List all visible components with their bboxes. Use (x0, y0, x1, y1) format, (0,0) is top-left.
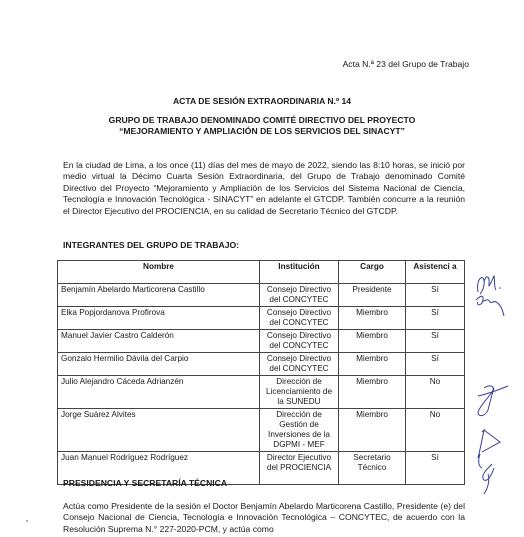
cell-nombre: Elka Popjordanova Profirova (58, 307, 260, 330)
subtitle-line-2: “MEJORAMIENTO Y AMPLIACIÓN DE LOS SERVIC… (0, 126, 524, 137)
col-header-nombre: Nombre (58, 261, 260, 284)
document-subtitle: GRUPO DE TRABAJO DENOMINADO COMITÉ DIREC… (0, 115, 524, 137)
cell-cargo: Presidente (339, 284, 406, 307)
col-header-cargo: Cargo (339, 261, 406, 284)
members-table: Nombre Institución Cargo Asistenci a Ben… (57, 260, 465, 485)
signature-3-icon (470, 426, 515, 496)
cell-asistencia: Sí (406, 307, 465, 330)
cell-cargo: Miembro (339, 409, 406, 452)
cell-asistencia: Sí (406, 452, 465, 485)
table-row: Gonzalo Hermilio Dávila del CarpioConsej… (58, 353, 465, 376)
cell-asistencia: Sí (406, 330, 465, 353)
cell-cargo: Miembro (339, 376, 406, 409)
document-title: ACTA DE SESIÓN EXTRAORDINARIA N.º 14 (0, 96, 524, 106)
cell-institucion: Consejo Directivo del CONCYTEC (260, 307, 339, 330)
acta-number-header: Acta N.ª 23 del Grupo de Trabajo (343, 59, 469, 69)
col-header-institucion: Institución (260, 261, 339, 284)
cell-institucion: Consejo Directivo del CONCYTEC (260, 284, 339, 307)
cell-asistencia: No (406, 409, 465, 452)
table-row: Julio Alejandro Cáceda AdrianzénDirecció… (58, 376, 465, 409)
members-heading: INTEGRANTES DEL GRUPO DE TRABAJO: (63, 240, 239, 250)
cell-asistencia: No (406, 376, 465, 409)
cell-cargo: Miembro (339, 353, 406, 376)
scan-speck (26, 520, 28, 522)
cell-nombre: Julio Alejandro Cáceda Adrianzén (58, 376, 260, 409)
table-row: Elka Popjordanova ProfirovaConsejo Direc… (58, 307, 465, 330)
table-row: Jorge Suárez AlvitesDirección de Gestión… (58, 409, 465, 452)
col-header-asistencia: Asistenci a (406, 261, 465, 284)
cell-institucion: Dirección de Licenciamiento de la SUNEDU (260, 376, 339, 409)
subtitle-line-1: GRUPO DE TRABAJO DENOMINADO COMITÉ DIREC… (0, 115, 524, 126)
signature-1-icon (470, 270, 515, 320)
cell-institucion: Consejo Directivo del CONCYTEC (260, 330, 339, 353)
cell-institucion: Dirección de Gestión de Inversiones de l… (260, 409, 339, 452)
cell-nombre: Jorge Suárez Alvites (58, 409, 260, 452)
table-row: Manuel Javier Castro CalderónConsejo Dir… (58, 330, 465, 353)
table-row: Benjamín Abelardo Marticorena CastilloCo… (58, 284, 465, 307)
cell-cargo: Secretario Técnico (339, 452, 406, 485)
cell-asistencia: Sí (406, 353, 465, 376)
cell-asistencia: Sí (406, 284, 465, 307)
table-header-row: Nombre Institución Cargo Asistenci a (58, 261, 465, 284)
cell-nombre: Benjamín Abelardo Marticorena Castillo (58, 284, 260, 307)
intro-paragraph: En la ciudad de Lima, a los once (11) dí… (63, 160, 465, 217)
cell-nombre: Manuel Javier Castro Calderón (58, 330, 260, 353)
cell-cargo: Miembro (339, 330, 406, 353)
signature-2-icon (470, 380, 515, 420)
cell-nombre: Gonzalo Hermilio Dávila del Carpio (58, 353, 260, 376)
cell-institucion: Consejo Directivo del CONCYTEC (260, 353, 339, 376)
cell-cargo: Miembro (339, 307, 406, 330)
cell-institucion: Director Ejecutivo del PROCIENCIA (260, 452, 339, 485)
presidency-paragraph: Actúa como Presidente de la sesión el Do… (63, 501, 465, 535)
presidency-heading: PRESIDENCIA Y SECRETARÍA TÉCNICA (63, 478, 227, 488)
